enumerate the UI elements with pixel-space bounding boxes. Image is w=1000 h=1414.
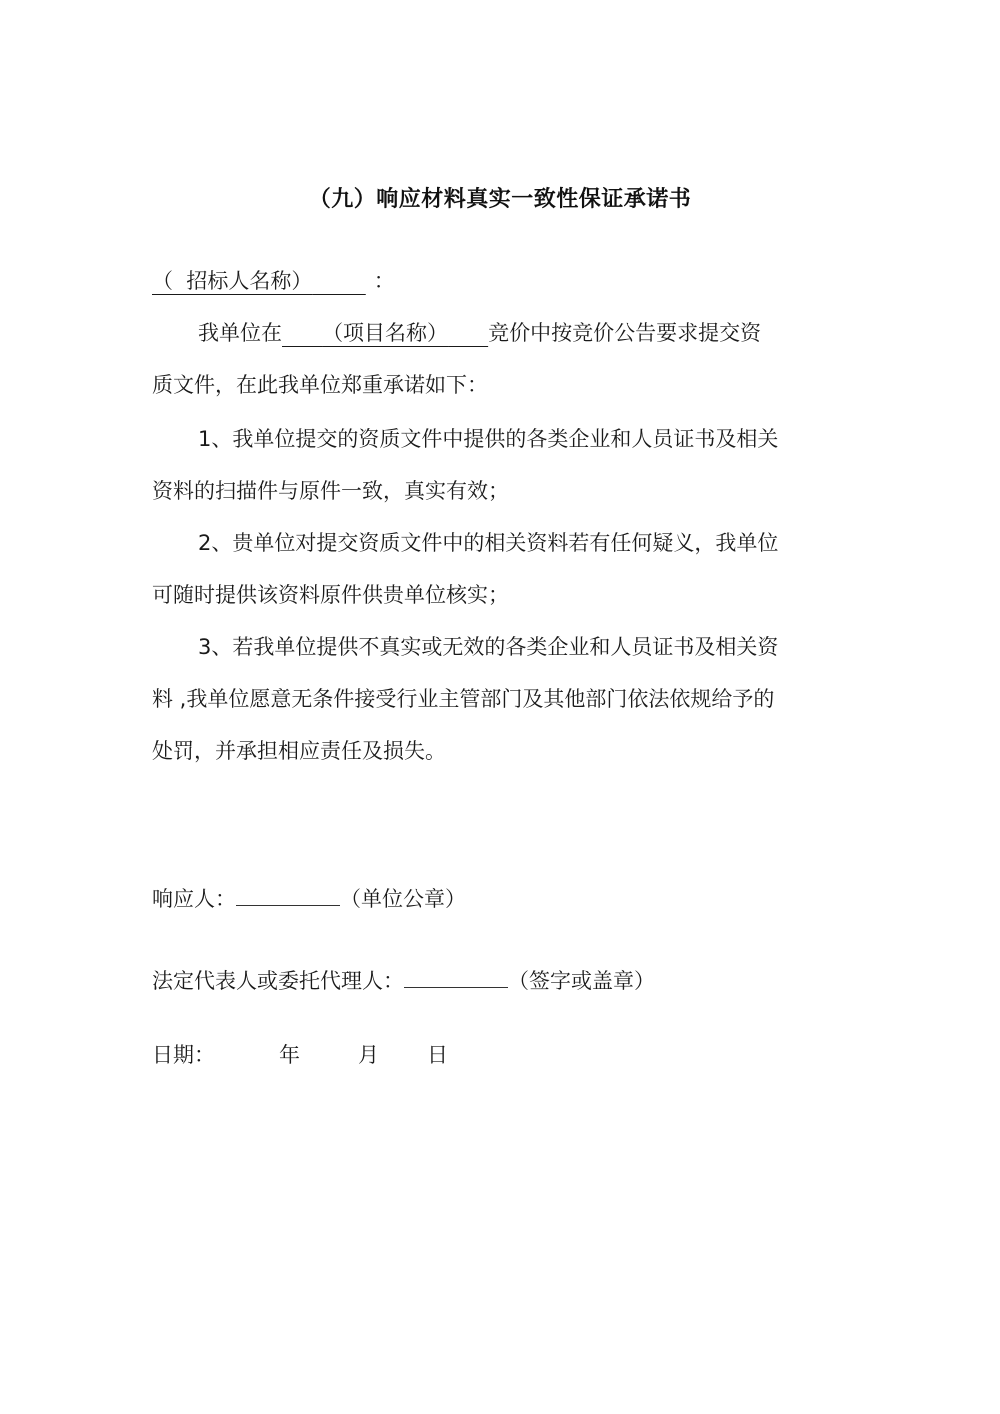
clause-3-line-1: 3、若我单位提供不真实或无效的各类企业和人员证书及相关资 — [198, 632, 778, 662]
addressee-placeholder[interactable]: （ 招标人名称） — [152, 269, 366, 293]
document-page: （九）响应材料真实一致性保证承诺书 （ 招标人名称） ： 我单位在 （项目名称）… — [0, 0, 1000, 1414]
intro-line-1: 我单位在 （项目名称） 竞价中按竞价公告要求提交资 — [198, 318, 761, 348]
clause-1-line-2: 资料的扫描件与原件一致，真实有效； — [152, 476, 509, 506]
intro-prefix: 我单位在 — [198, 321, 282, 345]
document-title: （九）响应材料真实一致性保证承诺书 — [0, 182, 1000, 213]
intro-line-2: 质文件，在此我单位郑重承诺如下： — [152, 370, 488, 400]
intro-suffix: 竞价中按竞价公告要求提交资 — [488, 321, 761, 345]
clause-3-line-2: 料 ,我单位愿意无条件接受行业主管部门及其他部门依法依规给予的 — [152, 684, 774, 714]
month-label: 月 — [358, 1043, 379, 1067]
clause-1-line-1: 1、我单位提交的资质文件中提供的各类企业和人员证书及相关 — [198, 424, 778, 454]
date-line: 日期：年月日 — [152, 1040, 448, 1070]
clause-2-line-2: 可随时提供该资料原件供贵单位核实； — [152, 580, 509, 610]
representative-line: 法定代表人或委托代理人：（签字或盖章） — [152, 966, 655, 996]
representative-note: （签字或盖章） — [508, 969, 655, 993]
project-name-placeholder[interactable]: （项目名称） — [282, 321, 488, 345]
respondent-note: （单位公章） — [340, 887, 466, 911]
respondent-signature-blank[interactable] — [236, 887, 340, 906]
addressee-line: （ 招标人名称） ： — [152, 266, 395, 296]
clause-2-line-1: 2、贵单位对提交资质文件中的相关资料若有任何疑义，我单位 — [198, 528, 778, 558]
representative-signature-blank[interactable] — [404, 969, 508, 988]
day-label: 日 — [427, 1043, 448, 1067]
respondent-label: 响应人： — [152, 887, 236, 911]
addressee-colon: ： — [374, 269, 395, 293]
clause-3-line-3: 处罚，并承担相应责任及损失。 — [152, 736, 446, 766]
date-label: 日期： — [152, 1043, 215, 1067]
respondent-line: 响应人：（单位公章） — [152, 884, 466, 914]
year-label: 年 — [279, 1043, 300, 1067]
representative-label: 法定代表人或委托代理人： — [152, 969, 404, 993]
